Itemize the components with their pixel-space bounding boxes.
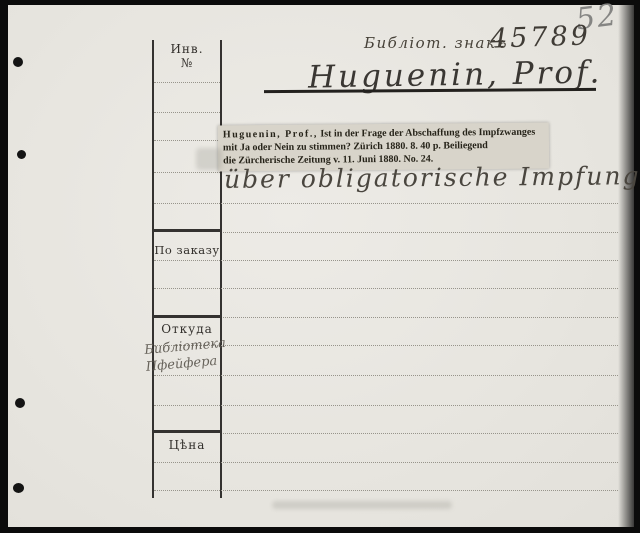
ink-dot <box>15 398 25 408</box>
inventory-label-line2: № <box>152 56 222 70</box>
rule-line <box>154 112 220 113</box>
rule-line <box>223 232 618 233</box>
field-label-price: Цѣна <box>152 438 222 452</box>
rule-line <box>154 462 618 463</box>
subject-handwriting: über obligatorische Impfung. <box>224 161 640 194</box>
library-stamp-number: 45789 <box>489 20 591 55</box>
rule-line <box>223 317 618 318</box>
scanned-catalog-card: 52 Инв. № По заказу Откуда Цѣна Библіоте… <box>0 0 640 533</box>
ink-dot <box>17 150 26 159</box>
rule-line <box>154 260 618 261</box>
ink-dot <box>13 483 24 493</box>
rule-line <box>154 490 618 491</box>
right-edge-shadow <box>618 5 634 527</box>
rule-line <box>154 405 618 406</box>
section-divider <box>152 430 222 433</box>
clipping-line1-rest: Ist in der Frage der Abschaffung des Imp… <box>318 127 536 140</box>
rule-line <box>154 82 220 83</box>
library-stamp-label: Библіот. знакъ <box>364 34 508 52</box>
rule-line <box>154 203 618 204</box>
field-label-origin: Откуда <box>152 322 222 336</box>
rule-line <box>154 375 618 376</box>
section-divider <box>152 315 222 318</box>
field-label-inventory: Инв. № <box>152 42 222 70</box>
rule-line <box>154 172 220 173</box>
ink-dot <box>13 57 23 67</box>
field-label-order: По заказу <box>152 243 222 257</box>
scan-smudge <box>196 148 222 170</box>
clipping-author: Huguenin, Prof., <box>223 129 318 141</box>
rule-line <box>223 433 618 434</box>
section-divider <box>152 229 222 232</box>
rule-line <box>154 288 618 289</box>
rule-line <box>154 140 220 141</box>
scan-smudge <box>272 501 452 509</box>
inventory-label-line1: Инв. <box>152 42 222 56</box>
